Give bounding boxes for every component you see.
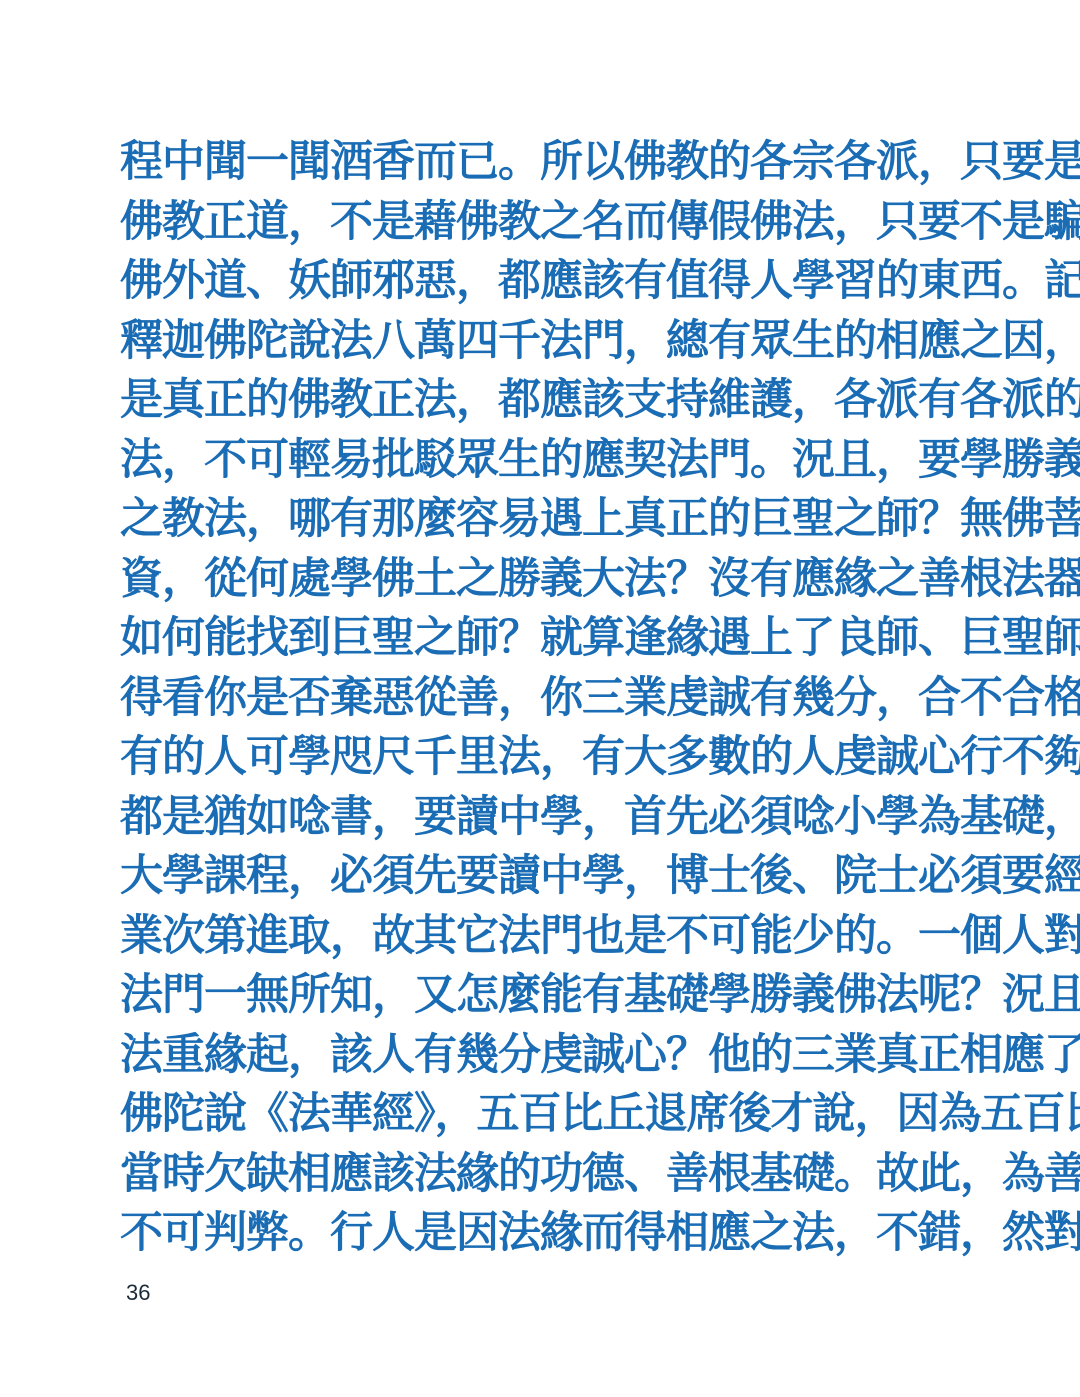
text-line: 資，從何處學佛土之勝義大法？沒有應緣之善根法器，又 [120,550,942,610]
text-line: 法門一無所知，又怎麼能有基礎學勝義佛法呢？況且，佛 [120,966,942,1026]
text-line: 大學課程，必須先要讀中學，博士後、院士必須要經過學 [120,847,942,907]
text-line: 法重緣起，該人有幾分虔誠心？他的三業真正相應了嗎？ [120,1026,942,1086]
body-text-block: 程中聞一聞酒香而已。所以佛教的各宗各派，只要是行的 佛教正道，不是藉佛教之名而傳… [120,133,942,1264]
text-line: 佛外道、妖師邪惡，都應該有值得人學習的東西。記住， [120,252,942,312]
text-line: 佛陀說《法華經》，五百比丘退席後才說，因為五百比丘 [120,1085,942,1145]
text-line: 佛教正道，不是藉佛教之名而傳假佛法，只要不是騙子附 [120,193,942,253]
text-line: 法，不可輕易批駁眾生的應契法門。況且，要學勝義佛土 [120,431,942,491]
text-line: 程中聞一聞酒香而已。所以佛教的各宗各派，只要是行的 [120,133,942,193]
text-line: 如何能找到巨聖之師？就算逢緣遇上了良師、巨聖師，還 [120,609,942,669]
text-line: 業次第進取，故其它法門也是不可能少的。一個人對其它 [120,907,942,967]
document-page: 程中聞一聞酒香而已。所以佛教的各宗各派，只要是行的 佛教正道，不是藉佛教之名而傳… [0,0,1080,1397]
text-line: 得看你是否棄惡從善，你三業虔誠有幾分，合不合格受教， [120,669,942,729]
text-line: 不可判弊。行人是因法緣而得相應之法，不錯，然對極其 [120,1204,942,1264]
text-line: 釋迦佛陀說法八萬四千法門，總有眾生的相應之因，只要 [120,312,942,372]
text-line: 之教法，哪有那麼容易遇上真正的巨聖之師？無佛菩薩師 [120,490,942,550]
text-line: 是真正的佛教正法，都應該支持維護，各派有各派的相應 [120,371,942,431]
page-number: 36 [126,1280,150,1306]
text-line: 當時欠缺相應該法緣的功德、善根基礎。故此，為善教法， [120,1145,942,1205]
text-line: 有的人可學咫尺千里法，有大多數的人虔誠心行不夠的， [120,728,942,788]
text-line: 都是猶如唸書，要讀中學，首先必須唸小學為基礎，要讀 [120,788,942,848]
